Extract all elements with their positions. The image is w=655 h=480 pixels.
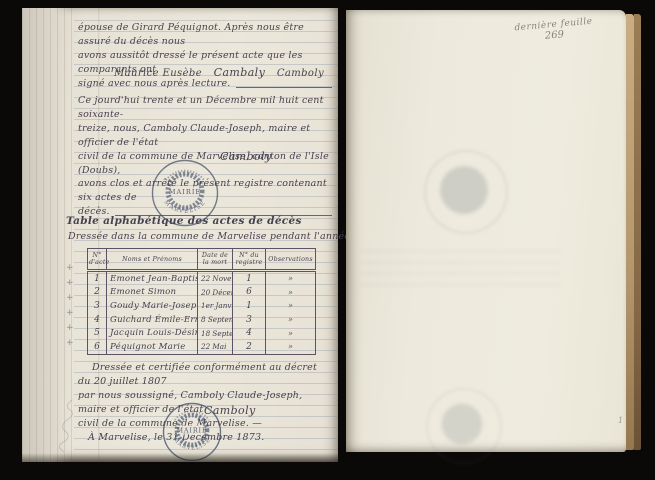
col-header-names: Noms et Prénoms (107, 249, 198, 271)
cell-name: Goudy Marie-Josephte (107, 299, 198, 313)
closing-line-2: treize, nous, Camboly Claude-Joseph, mai… (78, 122, 332, 150)
alphabetical-index-table: N° d'acte Noms et Prénoms Date de la mor… (87, 248, 316, 355)
signature-witness-1: Maurice Eusèbe (114, 68, 202, 79)
cell-register-number: 6 (233, 286, 266, 300)
cell-register-number: 1 (233, 299, 266, 313)
cell-death-date: 22 Novembre (198, 271, 233, 286)
margin-check: + (66, 321, 74, 336)
cell-register-number: 2 (233, 340, 266, 354)
table-row: 2 Emonet Simon 20 Décembre 6 » (88, 286, 316, 300)
register-right-page-blank: dernière feuille 269 1 (346, 10, 626, 452)
stamp-bottom-arc-text: MARVELISE (163, 200, 208, 215)
cell-act-number: 6 (88, 340, 107, 354)
cell-observation: » (266, 326, 316, 340)
margin-check: + (66, 261, 74, 276)
table-row: 3 Goudy Marie-Josephte 1er Janvier 1 » (88, 299, 316, 313)
cell-name: Jacquin Louis-Désiré (107, 326, 198, 340)
corner-page-mark: 1 (618, 416, 623, 425)
table-row: 1 Emonet Jean-Baptiste 22 Novembre 1 » (88, 271, 316, 286)
col-header-act-number: N° d'acte (88, 249, 107, 271)
register-left-page: épouse de Girard Péquignot. Après nous ê… (22, 8, 338, 462)
cell-act-number: 3 (88, 299, 107, 313)
cell-name: Guichard Émile-Ernest (107, 313, 198, 327)
margin-check: + (66, 336, 74, 351)
cell-name: Péquignot Marie (107, 340, 198, 354)
col-header-register-number: N° du registre (233, 249, 266, 271)
cell-observation: » (266, 286, 316, 300)
text-bleed-through (360, 250, 560, 294)
book-fore-edge-outer (626, 14, 634, 450)
cell-observation: » (266, 313, 316, 327)
margin-check-marks: + + + + + + (66, 261, 74, 351)
cell-observation: » (266, 271, 316, 286)
signature-witness-2: Cambaly (214, 66, 266, 79)
col-header-observations: Observations (266, 249, 316, 271)
cell-act-number: 1 (88, 271, 107, 286)
cell-act-number: 5 (88, 326, 107, 340)
table-title: Table alphabétique des actes de décès (60, 215, 308, 227)
signature-witness-3: Camboly (277, 68, 324, 79)
table-title-row: Table alphabétique des actes de décès (60, 215, 304, 227)
cell-death-date: 22 Mai (198, 340, 233, 354)
svg-text:MARVELISE: MARVELISE (163, 200, 208, 215)
table-row: 5 Jacquin Louis-Désiré 18 Septembre 4 » (88, 326, 316, 340)
stamp-center-text: MAIRIE (176, 427, 207, 435)
rule-filler (236, 87, 332, 88)
margin-ink-squiggle (52, 396, 86, 454)
margin-check: + (66, 306, 74, 321)
book-fore-edge-inner (634, 14, 641, 450)
page-bottom-shadow (22, 453, 338, 462)
cell-death-date: 1er Janvier (198, 299, 233, 313)
table-row: 4 Guichard Émile-Ernest 8 Septembre 3 » (88, 313, 316, 327)
cell-act-number: 2 (88, 286, 107, 300)
signature-mayor-closing: Camboly (220, 150, 272, 163)
cell-observation: » (266, 299, 316, 313)
cell-register-number: 1 (233, 271, 266, 286)
cell-act-number: 4 (88, 313, 107, 327)
pencil-archive-note: dernière feuille 269 (493, 15, 614, 46)
margin-check: + (66, 276, 74, 291)
margin-check: + (66, 291, 74, 306)
stamp-bleed-through-upper-fill (438, 164, 490, 216)
stamp-center-text: MAIRIE (169, 188, 202, 196)
archive-scan-viewport: épouse de Girard Péquignot. Après nous ê… (0, 0, 655, 480)
cell-name: Emonet Simon (107, 286, 198, 300)
table-subtitle: Dressée dans la commune de Marvelise pen… (68, 231, 382, 242)
cell-observation: » (266, 340, 316, 354)
certification-line-1: Dressée et certifiée conformément au déc… (78, 361, 332, 389)
act-closing-paragraph: épouse de Girard Péquignot. Après nous ê… (78, 21, 332, 91)
act-line-1: épouse de Girard Péquignot. Après nous ê… (78, 21, 332, 49)
table-row: 6 Péquignot Marie 22 Mai 2 » (88, 340, 316, 354)
page-stack-edge-left (22, 8, 72, 462)
col-header-death-date: Date de la mort (198, 249, 233, 271)
cell-name: Emonet Jean-Baptiste (107, 271, 198, 286)
witness-signature-row: Maurice Eusèbe Cambaly Camboly (114, 66, 324, 79)
cell-death-date: 20 Décembre (198, 286, 233, 300)
table-header-row: N° d'acte Noms et Prénoms Date de la mor… (88, 249, 316, 271)
cell-register-number: 3 (233, 313, 266, 327)
stamp-bleed-through-lower-fill (440, 402, 484, 446)
cell-register-number: 4 (233, 326, 266, 340)
cell-death-date: 8 Septembre (198, 313, 233, 327)
closing-line-1: Ce jourd'hui trente et un Décembre mil h… (78, 94, 332, 122)
cell-death-date: 18 Septembre (198, 326, 233, 340)
